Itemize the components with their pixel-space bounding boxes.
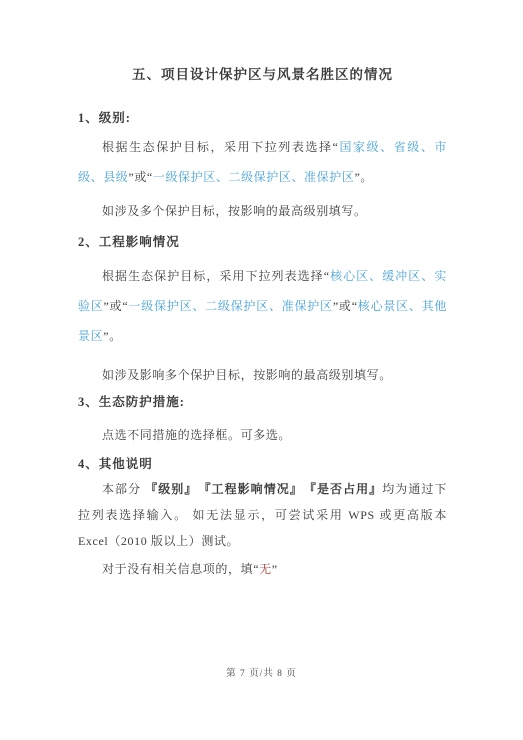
page-title: 五、项目设计保护区与风景名胜区的情况 (78, 64, 447, 86)
paragraph: 根据生态保护目标，采用下拉列表选择“核心区、缓冲区、实验区”或“一级保护区、二级… (78, 261, 447, 351)
text-run: ”。 (103, 329, 122, 343)
text-run: 根据生态保护目标，采用下拉列表选择“ (102, 140, 338, 154)
section-heading: 4、其他说明 (78, 454, 447, 474)
paragraph: 如涉及多个保护目标，按影响的最高级别填写。 (78, 196, 447, 226)
paragraph: 对于没有相关信息项的，填“无” (78, 556, 447, 582)
field-name-text: 『工程影响情况』 (204, 482, 296, 496)
paragraph: 点选不同措施的选择框。可多选。 (78, 420, 447, 450)
paragraph: 根据生态保护目标，采用下拉列表选择“国家级、省级、市级、县级”或“一级保护区、二… (78, 132, 447, 192)
section-heading: 1、级别: (78, 108, 447, 128)
section-project-impact: 2、工程影响情况 根据生态保护目标，采用下拉列表选择“核心区、缓冲区、实验区”或… (78, 232, 447, 390)
text-run: ”或“ (104, 299, 129, 313)
text-run: 本部分 (102, 482, 145, 496)
text-run: 如涉及影响多个保护目标，按影响的最高级别填写。 (102, 368, 392, 382)
section-eco-protection: 3、生态防护措施: 点选不同措施的选择框。可多选。 (78, 392, 447, 450)
paragraph: 如涉及影响多个保护目标，按影响的最高级别填写。 (78, 360, 447, 390)
text-run (297, 482, 310, 496)
paragraph: 本部分 『级别』 『工程影响情况』 『是否占用』均为通过下拉列表选择输入。 如无… (78, 476, 447, 554)
text-run: ” (272, 562, 278, 576)
dropdown-options-text: 一级保护区、二级保护区、准保护区 (153, 170, 355, 184)
section-heading: 2、工程影响情况 (78, 232, 447, 252)
field-name-text: 『是否占用』 (310, 482, 382, 496)
section-other-notes: 4、其他说明 本部分 『级别』 『工程影响情况』 『是否占用』均为通过下拉列表选… (78, 454, 447, 582)
page-number: 第 7 页/共 8 页 (0, 665, 523, 679)
text-run: 根据生态保护目标，采用下拉列表选择“ (102, 269, 330, 283)
text-run: ”。 (354, 170, 373, 184)
none-value-text: 无 (259, 562, 272, 576)
dropdown-options-text: 一级保护区、二级保护区、准保护区 (128, 299, 332, 313)
field-name-text: 『级别』 (145, 482, 191, 496)
text-run: 点选不同措施的选择框。可多选。 (102, 428, 291, 442)
text-run: ”或“ (333, 299, 358, 313)
text-run: 如涉及多个保护目标，按影响的最高级别填写。 (102, 204, 367, 218)
section-level: 1、级别: 根据生态保护目标，采用下拉列表选择“国家级、省级、市级、县级”或“一… (78, 108, 447, 226)
text-run (191, 482, 204, 496)
text-run: 对于没有相关信息项的，填“ (102, 562, 259, 576)
section-heading: 3、生态防护措施: (78, 392, 447, 412)
text-run: ”或“ (128, 170, 152, 184)
document-page: 五、项目设计保护区与风景名胜区的情况 1、级别: 根据生态保护目标，采用下拉列表… (0, 0, 523, 740)
document-content: 五、项目设计保护区与风景名胜区的情况 1、级别: 根据生态保护目标，采用下拉列表… (0, 64, 523, 582)
